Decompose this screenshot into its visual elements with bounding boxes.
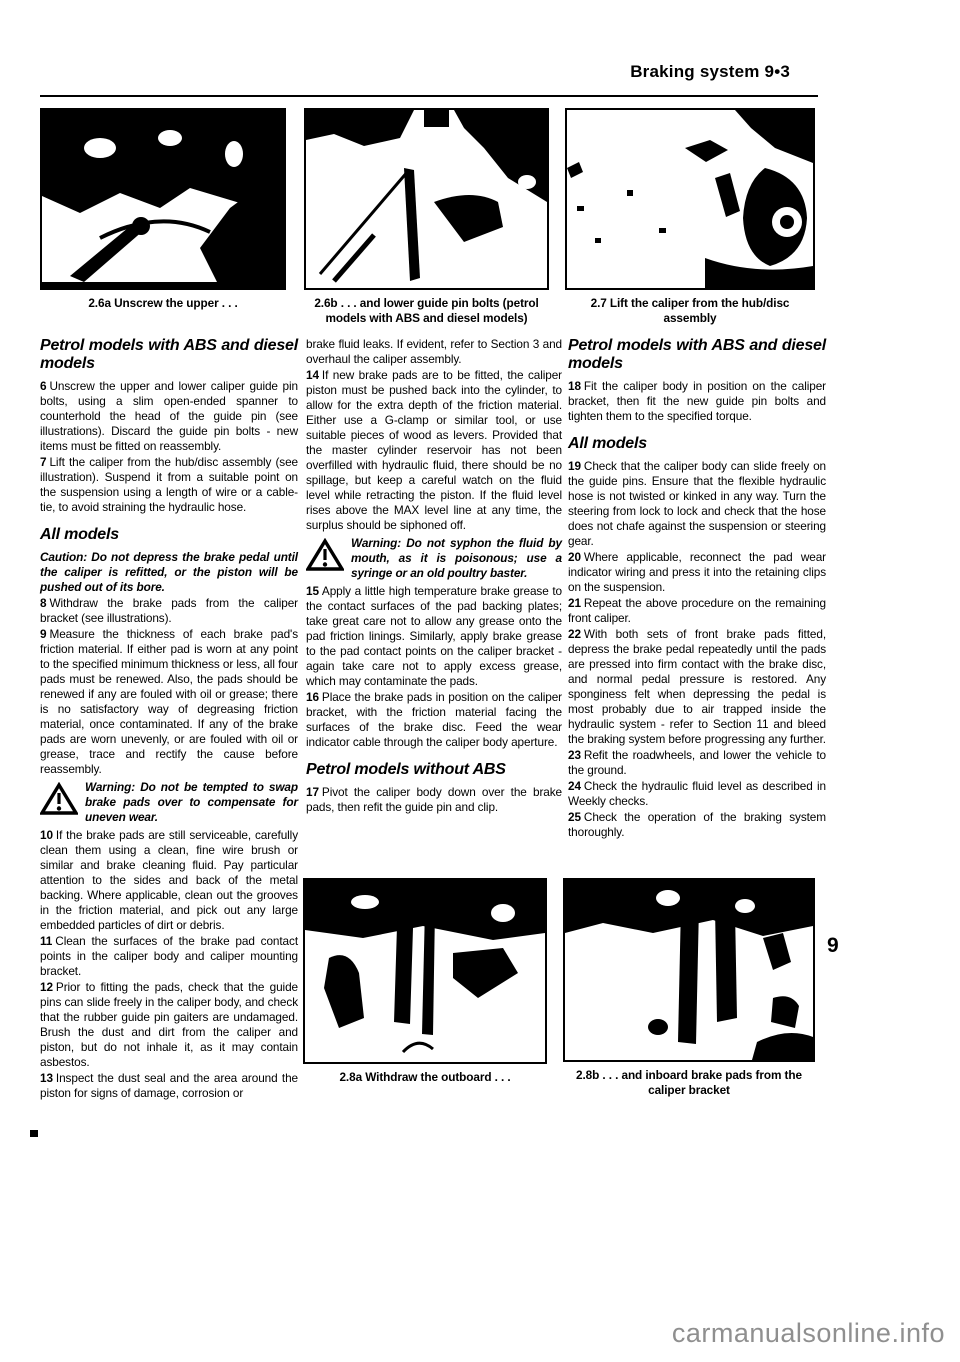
figure-2-8b: 2.8b . . . and inboard brake pads from t… bbox=[563, 878, 815, 1097]
paragraph-7: 7Lift the caliper from the hub/disc asse… bbox=[40, 455, 298, 515]
paragraph-16: 16Place the brake pads in position on th… bbox=[306, 690, 562, 750]
paragraph-8: 8Withdraw the brake pads from the calipe… bbox=[40, 596, 298, 626]
section-heading-petrol-abs-diesel: Petrol models with ABS and diesel models bbox=[40, 337, 298, 373]
figure-2-7-photo-image bbox=[565, 108, 815, 290]
figure-2-8a-photo-image bbox=[303, 878, 547, 1064]
paragraph-6: 6Unscrew the upper and lower caliper gui… bbox=[40, 379, 298, 454]
figure-2-6a: 2.6a Unscrew the upper . . . bbox=[40, 108, 286, 311]
manual-page: Braking system 9•3 2.6a Unscrew the uppe… bbox=[0, 0, 960, 1362]
figure-2-8a: 2.8a Withdraw the outboard . . . bbox=[303, 878, 547, 1085]
warning-box-syphon: Warning: Do not syphon the fluid by mout… bbox=[306, 536, 562, 581]
paragraph-21: 21Repeat the above procedure on the rema… bbox=[568, 596, 826, 626]
warning-triangle-icon bbox=[40, 780, 78, 820]
figure-2-7-caption: 2.7 Lift the caliper from the hub/disc a… bbox=[565, 296, 815, 325]
caution-note: Caution: Do not depress the brake pedal … bbox=[40, 550, 298, 595]
paragraph-14: 14If new brake pads are to be fitted, th… bbox=[306, 368, 562, 533]
warning-text: Warning: Do not syphon the fluid by mout… bbox=[351, 536, 562, 581]
section-heading-petrol-abs-diesel: Petrol models with ABS and diesel models bbox=[568, 337, 826, 373]
page-header-title: Braking system 9•3 bbox=[0, 62, 790, 82]
figure-2-8b-caption: 2.8b . . . and inboard brake pads from t… bbox=[563, 1068, 815, 1097]
paragraph-23: 23Refit the roadwheels, and lower the ve… bbox=[568, 748, 826, 778]
paragraph-20: 20Where applicable, reconnect the pad we… bbox=[568, 550, 826, 595]
watermark-text: carmanualsonline.info bbox=[0, 1318, 945, 1349]
header-rule bbox=[40, 95, 818, 97]
paragraph-10: 10If the brake pads are still serviceabl… bbox=[40, 828, 298, 933]
text-column-1: Petrol models with ABS and diesel models… bbox=[40, 337, 298, 1102]
warning-box-swap-pads: Warning: Do not be tempted to swap brake… bbox=[40, 780, 298, 825]
section-heading-all-models: All models bbox=[40, 526, 298, 544]
paragraph-22: 22With both sets of front brake pads fit… bbox=[568, 627, 826, 747]
section-heading-all-models: All models bbox=[568, 435, 826, 453]
paragraph-12: 12Prior to fitting the pads, check that … bbox=[40, 980, 298, 1070]
paragraph-24: 24Check the hydraulic fluid level as des… bbox=[568, 779, 826, 809]
text-column-3: Petrol models with ABS and diesel models… bbox=[568, 337, 826, 841]
paragraph-11: 11Clean the surfaces of the brake pad co… bbox=[40, 934, 298, 979]
section-heading-petrol-without-abs: Petrol models without ABS bbox=[306, 761, 562, 779]
paragraph-13-continued: brake fluid leaks. If evident, refer to … bbox=[306, 337, 562, 367]
chapter-tab-number: 9 bbox=[827, 934, 839, 958]
text-column-2: brake fluid leaks. If evident, refer to … bbox=[306, 337, 562, 816]
paragraph-17: 17Pivot the caliper body down over the b… bbox=[306, 785, 562, 815]
warning-triangle-icon bbox=[306, 536, 344, 576]
paragraph-13: 13Inspect the dust seal and the area aro… bbox=[40, 1071, 298, 1101]
print-registration-mark bbox=[30, 1130, 38, 1137]
figure-2-6b: 2.6b . . . and lower guide pin bolts (pe… bbox=[304, 108, 549, 325]
figure-2-8a-caption: 2.8a Withdraw the outboard . . . bbox=[303, 1070, 547, 1085]
paragraph-25: 25Check the operation of the braking sys… bbox=[568, 810, 826, 840]
warning-text: Warning: Do not be tempted to swap brake… bbox=[85, 780, 298, 825]
figure-2-6b-caption: 2.6b . . . and lower guide pin bolts (pe… bbox=[304, 296, 549, 325]
figure-2-8b-photo-image bbox=[563, 878, 815, 1062]
paragraph-18: 18Fit the caliper body in position on th… bbox=[568, 379, 826, 424]
figure-2-7: 2.7 Lift the caliper from the hub/disc a… bbox=[565, 108, 815, 325]
figure-2-6b-photo-image bbox=[304, 108, 549, 290]
figure-2-6a-photo-image bbox=[40, 108, 286, 290]
paragraph-15: 15Apply a little high temperature brake … bbox=[306, 584, 562, 689]
figure-2-6a-caption: 2.6a Unscrew the upper . . . bbox=[40, 296, 286, 311]
paragraph-19: 19Check that the caliper body can slide … bbox=[568, 459, 826, 549]
paragraph-9: 9Measure the thickness of each brake pad… bbox=[40, 627, 298, 777]
